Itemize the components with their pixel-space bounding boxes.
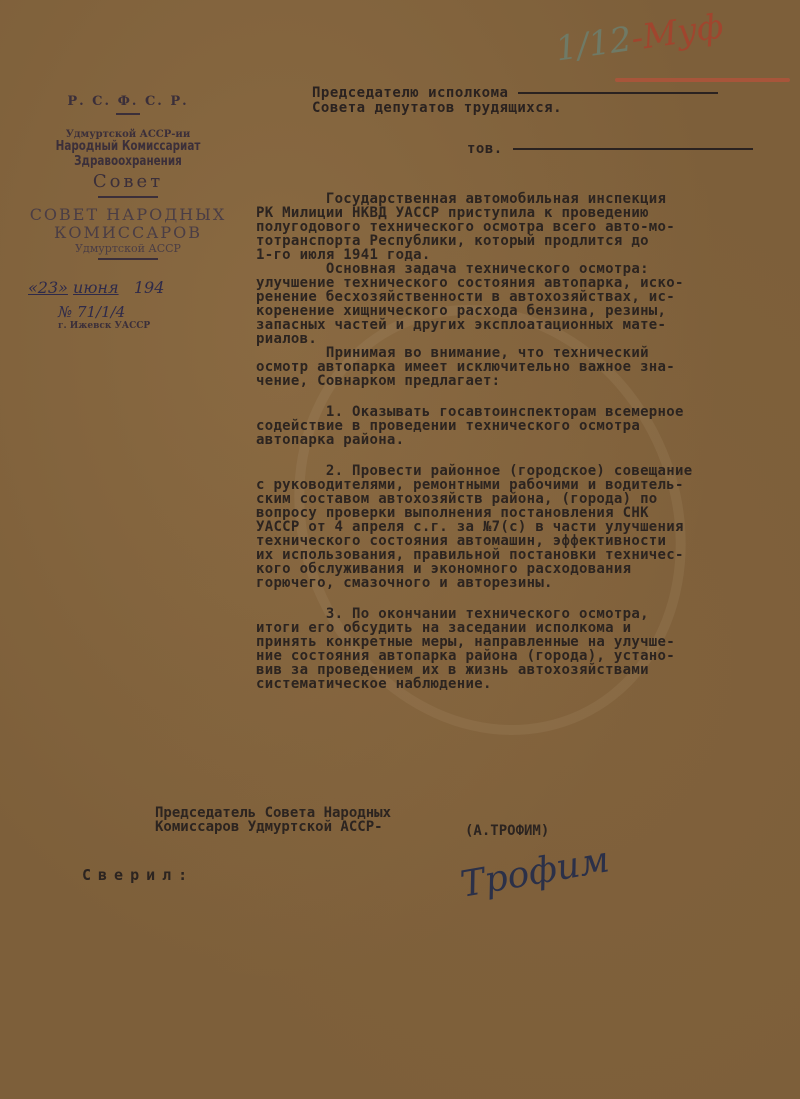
addressee-tov: тов. [467, 141, 503, 157]
document-date: «23» июня 194 [18, 278, 238, 297]
document-number: № 71/1/4 [18, 303, 238, 321]
stamp-line-3: Народный Комиссариат Здравоохранения [40, 140, 216, 170]
stamp-commissars: КОМИССАРОВ [18, 224, 238, 242]
signatory-name: (А.ТРОФИМ) [465, 824, 549, 838]
stamp-rule [98, 196, 158, 198]
stamp-rule [98, 258, 158, 260]
fill-in-line [513, 148, 753, 150]
signatory-title-1: Председатель Совета Народных [155, 806, 391, 820]
paragraph-item-3: 3. По окончании технического осмотра, ит… [256, 607, 776, 691]
stamp-rsfsr: Р. С. Ф. С. Р. [18, 95, 238, 110]
paragraph-intro: Государственная автомобильная инспекция … [256, 192, 776, 262]
addressee-line-1: Председателю исполкома [312, 85, 508, 101]
stamp-republic: Удмуртской АССР [18, 243, 238, 256]
paragraph-purpose: Основная задача технического осмотра: ул… [256, 262, 776, 346]
letterhead-stamp: Р. С. Ф. С. Р. Удмуртской АССР-ии Народн… [18, 95, 238, 331]
signature-block: Председатель Совета Народных Комиссаров … [155, 806, 391, 834]
red-pencil-underline [615, 78, 790, 82]
stamp-council: СОВЕТ НАРОДНЫХ [18, 206, 238, 224]
paragraph-item-1: 1. Оказывать госавтоинспекторам всемерно… [256, 405, 776, 447]
stamp-line-4: Совет [18, 172, 238, 193]
handwritten-signature: Трофим [458, 839, 613, 905]
resolution-initials: -Муф [629, 6, 726, 59]
verified-label: Сверил: [82, 866, 194, 884]
handwritten-registration-note: 1/12-Муф [553, 6, 726, 69]
letter-body: Государственная автомобильная инспекция … [256, 192, 776, 691]
addressee-block: Председателю исполкома Совета депутатов … [312, 86, 753, 157]
document-page: 1/12-Муф Р. С. Ф. С. Р. Удмуртской АССР-… [0, 0, 800, 1099]
stamp-rule [116, 113, 140, 115]
document-place: г. Ижевск УАССР [18, 321, 238, 331]
paragraph-item-2: 2. Провести районное (городское) совещан… [256, 464, 776, 590]
fill-in-line [518, 92, 718, 94]
addressee-line-2: Совета депутатов трудящихся. [312, 101, 753, 116]
paragraph-proposal: Принимая во внимание, что технический ос… [256, 346, 776, 388]
registration-number: 1/12 [553, 19, 634, 69]
signatory-title-2: Комиссаров Удмуртской АССР- [155, 820, 391, 834]
